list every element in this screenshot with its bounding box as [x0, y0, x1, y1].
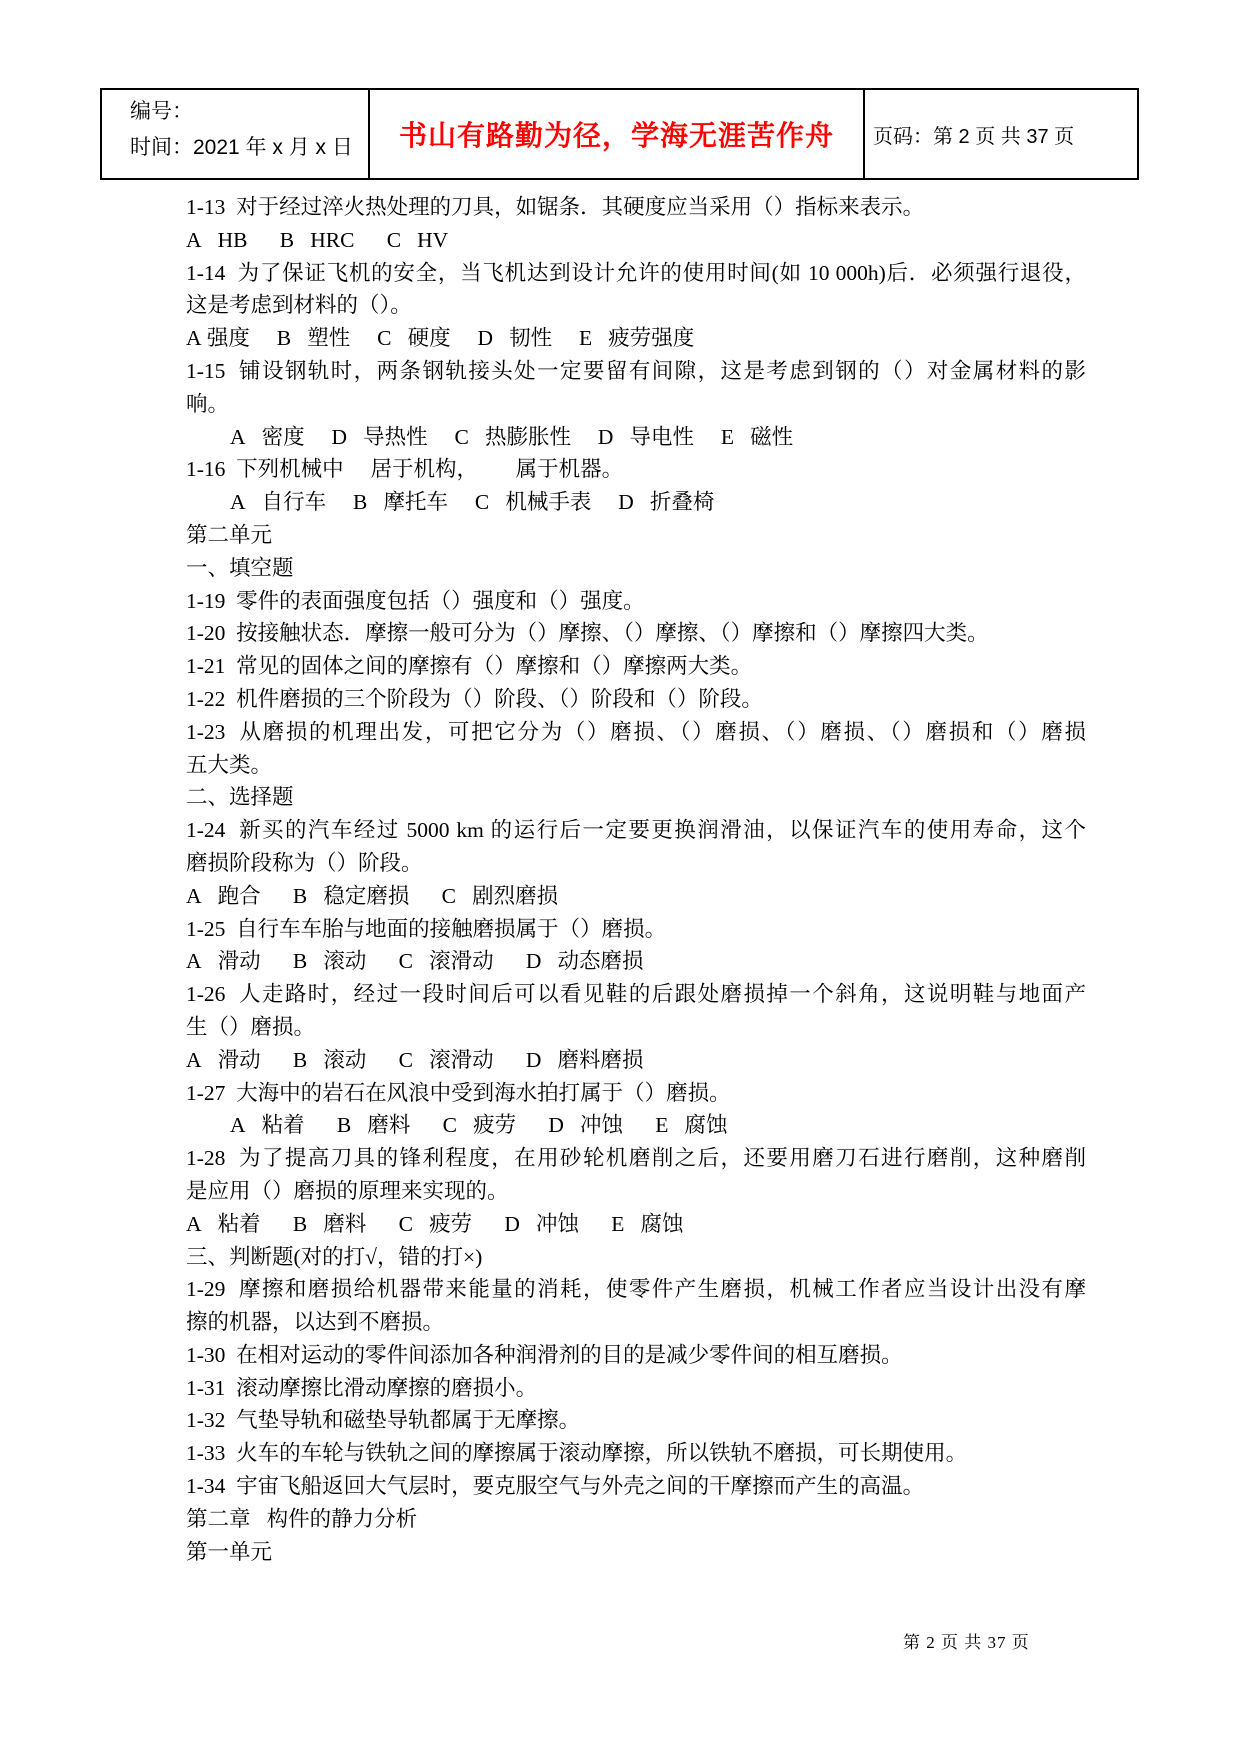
header-meta-cell: 编号： 时间：2021 年 x 月 x 日: [101, 89, 369, 179]
text-line: 1-28 为了提高刀具的锋利程度，在用砂轮机磨削之后，还要用磨刀石进行磨削，这种…: [186, 1142, 1086, 1175]
text-line: 二、选择题: [186, 781, 1086, 814]
text-line: 1-22 机件磨损的三个阶段为（）阶段、（）阶段和（）阶段。: [186, 683, 1086, 716]
text-line: A HB B HRC C HV: [186, 224, 1086, 257]
text-line: 1-32 气垫导轨和磁垫导轨都属于无摩擦。: [186, 1404, 1086, 1437]
text-line: 三、判断题(对的打√，错的打×): [186, 1241, 1086, 1274]
text-line: 1-19 零件的表面强度包括（）强度和（）强度。: [186, 585, 1086, 618]
text-line: 1-14 为了保证飞机的安全，当飞机达到设计允许的使用时间(如 10 000h)…: [186, 257, 1086, 290]
text-line: 1-20 按接触状态．摩擦一般可分为（）摩擦、（）摩擦、（）摩擦和（）摩擦四大类…: [186, 617, 1086, 650]
text-line: A 粘着 B 磨料 C 疲劳 D 冲蚀 E 腐蚀: [186, 1208, 1086, 1241]
text-line: 是应用（）磨损的原理来实现的。: [186, 1175, 1086, 1208]
text-line: 1-30 在相对运动的零件间添加各种润滑剂的目的是减少零件间的相互磨损。: [186, 1339, 1086, 1372]
text-line: 磨损阶段称为（）阶段。: [186, 847, 1086, 880]
doc-number-label: 编号：: [130, 94, 368, 130]
text-line: A 自行车 B 摩托车 C 机械手表 D 折叠椅: [186, 486, 1086, 519]
text-line: 1-21 常见的固体之间的摩擦有（）摩擦和（）摩擦两大类。: [186, 650, 1086, 683]
document-page: 编号： 时间：2021 年 x 月 x 日 书山有路勤为径，学海无涯苦作舟 页码…: [0, 0, 1241, 1754]
text-line: A 滑动 B 滚动 C 滚滑动 D 动态磨损: [186, 945, 1086, 978]
motto-text: 书山有路勤为径，学海无涯苦作舟: [370, 114, 863, 154]
page-number-label: 页码：第 2 页 共 37 页: [873, 120, 1137, 149]
text-line: 第一单元: [186, 1536, 1086, 1569]
document-header-table: 编号： 时间：2021 年 x 月 x 日 书山有路勤为径，学海无涯苦作舟 页码…: [100, 88, 1139, 180]
text-line: 1-16 下列机械中 居于机构， 属于机器。: [186, 453, 1086, 486]
text-line: 1-26 人走路时，经过一段时间后可以看见鞋的后跟处磨损掉一个斜角，这说明鞋与地…: [186, 978, 1086, 1011]
text-line: 1-25 自行车车胎与地面的接触磨损属于（）磨损。: [186, 913, 1086, 946]
text-line: A 强度 B 塑性 C 硬度 D 韧性 E 疲劳强度: [186, 322, 1086, 355]
text-line: 1-33 火车的车轮与铁轨之间的摩擦属于滚动摩擦，所以铁轨不磨损，可长期使用。: [186, 1437, 1086, 1470]
text-line: 响。: [186, 388, 1086, 421]
header-page-cell: 页码：第 2 页 共 37 页: [864, 89, 1138, 179]
text-line: A 滑动 B 滚动 C 滚滑动 D 磨料磨损: [186, 1044, 1086, 1077]
text-line: 一、填空题: [186, 552, 1086, 585]
text-line: 第二章 构件的静力分析: [186, 1503, 1086, 1536]
text-line: 1-34 宇宙飞船返回大气层时，要克服空气与外壳之间的干摩擦而产生的高温。: [186, 1470, 1086, 1503]
text-line: 第二单元: [186, 519, 1086, 552]
text-line: A 粘着 B 磨料 C 疲劳 D 冲蚀 E 腐蚀: [186, 1109, 1086, 1142]
text-line: 1-31 滚动摩擦比滑动摩擦的磨损小。: [186, 1372, 1086, 1405]
page-footer: 第 2 页 共 37 页: [903, 1628, 1030, 1653]
text-line: 生（）磨损。: [186, 1011, 1086, 1044]
text-line: 1-24 新买的汽车经过 5000 km 的运行后一定要更换润滑油，以保证汽车的…: [186, 814, 1086, 847]
text-line: 这是考虑到材料的（）。: [186, 289, 1086, 322]
text-line: 1-27 大海中的岩石在风浪中受到海水拍打属于（）磨损。: [186, 1077, 1086, 1110]
text-line: 1-13 对于经过淬火热处理的刀具，如锯条．其硬度应当采用（）指标来表示。: [186, 191, 1086, 224]
text-line: 1-15 铺设钢轨时，两条钢轨接头处一定要留有间隙，这是考虑到钢的（）对金属材料…: [186, 355, 1086, 388]
text-line: 1-29 摩擦和磨损给机器带来能量的消耗，使零件产生磨损，机械工作者应当设计出没…: [186, 1273, 1086, 1306]
text-line: A 密度 D 导热性 C 热膨胀性 D 导电性 E 磁性: [186, 421, 1086, 454]
header-motto-cell: 书山有路勤为径，学海无涯苦作舟: [369, 89, 864, 179]
text-line: 五大类。: [186, 749, 1086, 782]
text-line: 1-23 从磨损的机理出发，可把它分为（）磨损、（）磨损、（）磨损、（）磨损和（…: [186, 716, 1086, 749]
text-line: A 跑合 B 稳定磨损 C 剧烈磨损: [186, 880, 1086, 913]
text-line: 擦的机器，以达到不磨损。: [186, 1306, 1086, 1339]
document-body: 1-13 对于经过淬火热处理的刀具，如锯条．其硬度应当采用（）指标来表示。A H…: [186, 191, 1086, 1568]
doc-date-label: 时间：2021 年 x 月 x 日: [130, 130, 368, 166]
